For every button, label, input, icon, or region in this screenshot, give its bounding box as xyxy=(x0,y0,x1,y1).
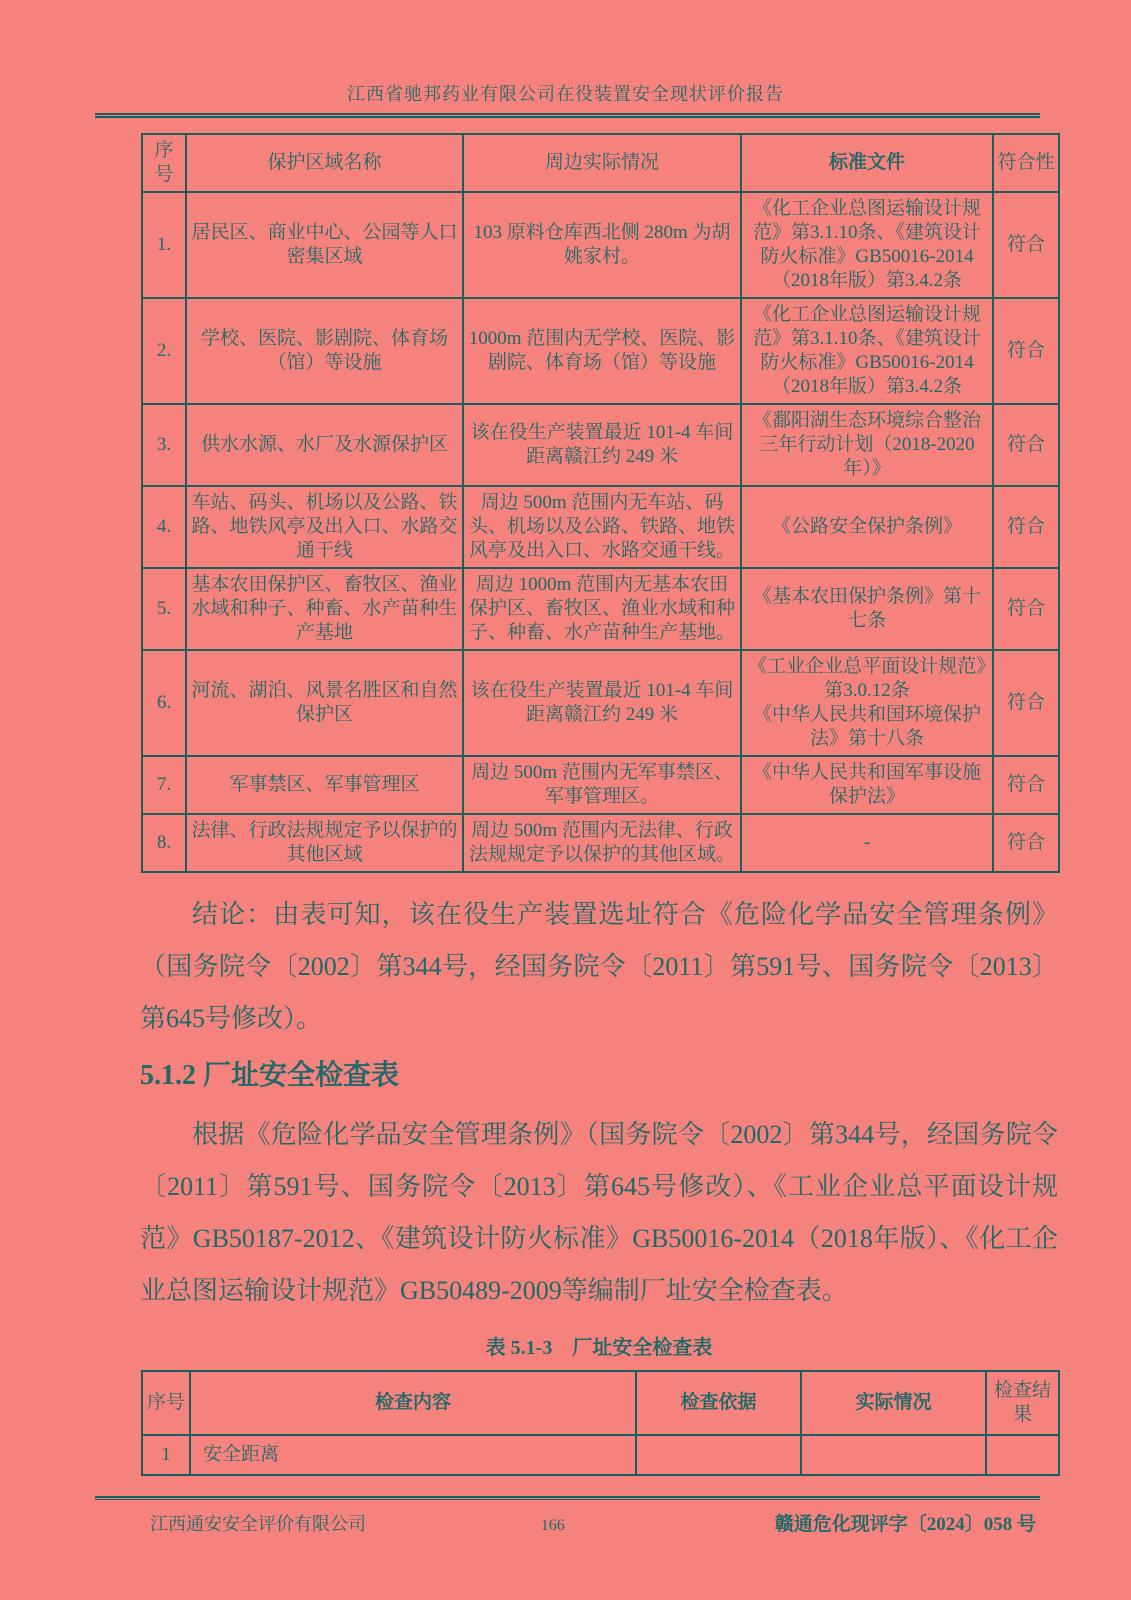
cell-area: 法律、行政法规规定予以保护的其他区域 xyxy=(186,814,463,872)
cell-compliance: 符合 xyxy=(993,650,1059,756)
cell-compliance: 符合 xyxy=(993,298,1059,404)
page-title: 江西省驰邦药业有限公司在役装置安全现状评价报告 xyxy=(0,0,1131,106)
cell-area: 学校、医院、影剧院、体育场（馆）等设施 xyxy=(186,298,463,404)
table-row: 2. 学校、医院、影剧院、体育场（馆）等设施 1000m 范围内无学校、医院、影… xyxy=(142,298,1059,404)
site-safety-check-table-body: 1 安全距离 xyxy=(142,1435,1059,1475)
cell-content: 安全距离 xyxy=(190,1435,636,1475)
table-header-row: 序号 检查内容 检查依据 实际情况 检查结果 xyxy=(142,1371,1059,1435)
cell-compliance: 符合 xyxy=(993,404,1059,486)
table-row: 5. 基本农田保护区、畜牧区、渔业水域和种子、种畜、水产苗种生产基地 周边 10… xyxy=(142,568,1059,650)
cell-no: 1. xyxy=(142,192,186,298)
table-row: 4. 车站、码头、机场以及公路、铁路、地铁风亭及出入口、水路交通干线 周边 50… xyxy=(142,486,1059,568)
cell-actual: 周边 1000m 范围内无基本农田保护区、畜牧区、渔业水域和种子、种畜、水产苗种… xyxy=(463,568,741,650)
cell-no: 2. xyxy=(142,298,186,404)
t2-header-no: 序号 xyxy=(142,1371,190,1435)
conclusion-paragraph: 结论：由表可知，该在役生产装置选址符合《危险化学品安全管理条例》（国务院令〔20… xyxy=(140,889,1058,1045)
cell-compliance: 符合 xyxy=(993,756,1059,814)
cell-actual: 103 原料仓库西北侧 280m 为胡姚家村。 xyxy=(463,192,741,298)
cell-area: 居民区、商业中心、公园等人口密集区域 xyxy=(186,192,463,298)
table-row: 1 安全距离 xyxy=(142,1435,1059,1475)
table-row: 6. 河流、湖泊、风景名胜区和自然保护区 该在役生产装置最近 101-4 车间距… xyxy=(142,650,1059,756)
cell-basis xyxy=(636,1435,801,1475)
cell-area: 车站、码头、机场以及公路、铁路、地铁风亭及出入口、水路交通干线 xyxy=(186,486,463,568)
cell-standard: 《工业企业总平面设计规范》第3.0.12条 《中华人民共和国环境保护法》第十八条 xyxy=(741,650,993,756)
footer-rule xyxy=(95,1496,1040,1500)
cell-no: 3. xyxy=(142,404,186,486)
cell-no: 1 xyxy=(142,1435,190,1475)
t1-header-standard: 标准文件 xyxy=(741,134,993,192)
cell-compliance: 符合 xyxy=(993,486,1059,568)
cell-area: 基本农田保护区、畜牧区、渔业水域和种子、种畜、水产苗种生产基地 xyxy=(186,568,463,650)
cell-actual: 1000m 范围内无学校、医院、影剧院、体育场（馆）等设施 xyxy=(463,298,741,404)
t1-header-compliance: 符合性 xyxy=(993,134,1059,192)
cell-actual: 该在役生产装置最近 101-4 车间距离赣江约 249 米 xyxy=(463,650,741,756)
footer-doc-number: 赣通危化现评字〔2024〕058 号 xyxy=(687,1509,1036,1536)
cell-area: 河流、湖泊、风景名胜区和自然保护区 xyxy=(186,650,463,756)
cell-no: 5. xyxy=(142,568,186,650)
cell-standard: 《公路安全保护条例》 xyxy=(741,486,993,568)
cell-actual xyxy=(801,1435,986,1475)
cell-no: 7. xyxy=(142,756,186,814)
protection-area-table: 序号 保护区域名称 周边实际情况 标准文件 符合性 1. 居民区、商业中心、公园… xyxy=(141,133,1060,873)
cell-actual: 周边 500m 范围内无军事禁区、军事管理区。 xyxy=(463,756,741,814)
protection-area-table-head: 序号 保护区域名称 周边实际情况 标准文件 符合性 xyxy=(142,134,1059,192)
t1-header-area: 保护区域名称 xyxy=(186,134,463,192)
cell-compliance: 符合 xyxy=(993,192,1059,298)
table-header-row: 序号 保护区域名称 周边实际情况 标准文件 符合性 xyxy=(142,134,1059,192)
cell-result xyxy=(986,1435,1059,1475)
cell-standard: 《基本农田保护条例》第十七条 xyxy=(741,568,993,650)
table-row: 3. 供水水源、水厂及水源保护区 该在役生产装置最近 101-4 车间距离赣江约… xyxy=(142,404,1059,486)
cell-actual: 周边 500m 范围内无法律、行政法规规定予以保护的其他区域。 xyxy=(463,814,741,872)
table-row: 1. 居民区、商业中心、公园等人口密集区域 103 原料仓库西北侧 280m 为… xyxy=(142,192,1059,298)
table-row: 8. 法律、行政法规规定予以保护的其他区域 周边 500m 范围内无法律、行政法… xyxy=(142,814,1059,872)
cell-compliance: 符合 xyxy=(993,814,1059,872)
basis-paragraph: 根据《危险化学品安全管理条例》（国务院令〔2002〕第344号，经国务院令〔20… xyxy=(140,1109,1058,1317)
section-heading-5-1-2: 5.1.2 厂址安全检查表 xyxy=(140,1059,1058,1093)
cell-standard: 《化工企业总图运输设计规范》第3.1.10条、《建筑设计防火标准》GB50016… xyxy=(741,298,993,404)
cell-no: 4. xyxy=(142,486,186,568)
cell-standard: 《化工企业总图运输设计规范》第3.1.10条、《建筑设计防火标准》GB50016… xyxy=(741,192,993,298)
cell-standard: - xyxy=(741,814,993,872)
page-footer: 江西通安安全评价有限公司 166 赣通危化现评字〔2024〕058 号 xyxy=(150,1509,1036,1536)
header-rule xyxy=(95,113,1040,118)
t2-header-actual: 实际情况 xyxy=(801,1371,986,1435)
t2-header-content: 检查内容 xyxy=(190,1371,636,1435)
site-safety-check-table-head: 序号 检查内容 检查依据 实际情况 检查结果 xyxy=(142,1371,1059,1435)
cell-area: 军事禁区、军事管理区 xyxy=(186,756,463,814)
protection-area-table-body: 1. 居民区、商业中心、公园等人口密集区域 103 原料仓库西北侧 280m 为… xyxy=(142,192,1059,872)
table-row: 7. 军事禁区、军事管理区 周边 500m 范围内无军事禁区、军事管理区。 《中… xyxy=(142,756,1059,814)
t2-header-basis: 检查依据 xyxy=(636,1371,801,1435)
cell-no: 8. xyxy=(142,814,186,872)
document-page: 江西省驰邦药业有限公司在役装置安全现状评价报告 序号 保护区域名称 周边实际情况… xyxy=(0,0,1131,1600)
cell-no: 6. xyxy=(142,650,186,756)
cell-actual: 周边 500m 范围内无车站、码头、机场以及公路、铁路、地铁风亭及出入口、水路交… xyxy=(463,486,741,568)
t2-header-result: 检查结果 xyxy=(986,1371,1059,1435)
cell-actual: 该在役生产装置最近 101-4 车间距离赣江约 249 米 xyxy=(463,404,741,486)
t1-header-actual: 周边实际情况 xyxy=(463,134,741,192)
site-safety-check-table: 序号 检查内容 检查依据 实际情况 检查结果 1 安全距离 xyxy=(141,1370,1060,1476)
t1-header-no: 序号 xyxy=(142,134,186,192)
footer-company: 江西通安安全评价有限公司 xyxy=(150,1510,418,1536)
footer-page-number: 166 xyxy=(418,1517,686,1535)
cell-standard: 《鄱阳湖生态环境综合整治三年行动计划（2018-2020年）》 xyxy=(741,404,993,486)
table2-caption: 表 5.1-3 厂址安全检查表 xyxy=(140,1331,1058,1360)
cell-compliance: 符合 xyxy=(993,568,1059,650)
cell-area: 供水水源、水厂及水源保护区 xyxy=(186,404,463,486)
cell-standard: 《中华人民共和国军事设施保护法》 xyxy=(741,756,993,814)
